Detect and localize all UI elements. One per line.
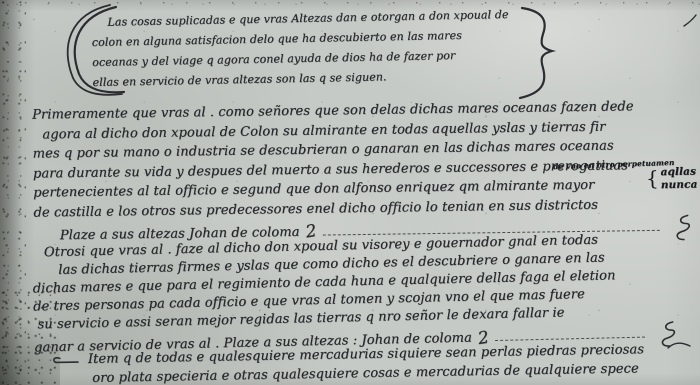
stray-mark-icon bbox=[682, 14, 698, 28]
stray-mark-icon bbox=[666, 340, 692, 352]
item-tie-mark-icon bbox=[50, 354, 80, 367]
manuscript-photo: Las cosas suplicadas e que vras Altezas … bbox=[0, 0, 700, 385]
margin-note-line: nunca bbox=[661, 179, 698, 193]
rubric-dash-line bbox=[495, 328, 645, 340]
margin-brace-mark: { bbox=[646, 166, 659, 192]
clause-paragraph-primeramente: Primeramente que vras al . como señores … bbox=[32, 96, 694, 250]
closing-brace-mark bbox=[516, 6, 564, 100]
margin-note-line: aqllas bbox=[661, 166, 698, 180]
margin-note: { aqllas nunca bbox=[646, 166, 698, 193]
paper-noise-left-edge bbox=[0, 0, 26, 385]
preamble-paragraph: Las cosas suplicadas e que vras Altezas … bbox=[91, 5, 510, 93]
